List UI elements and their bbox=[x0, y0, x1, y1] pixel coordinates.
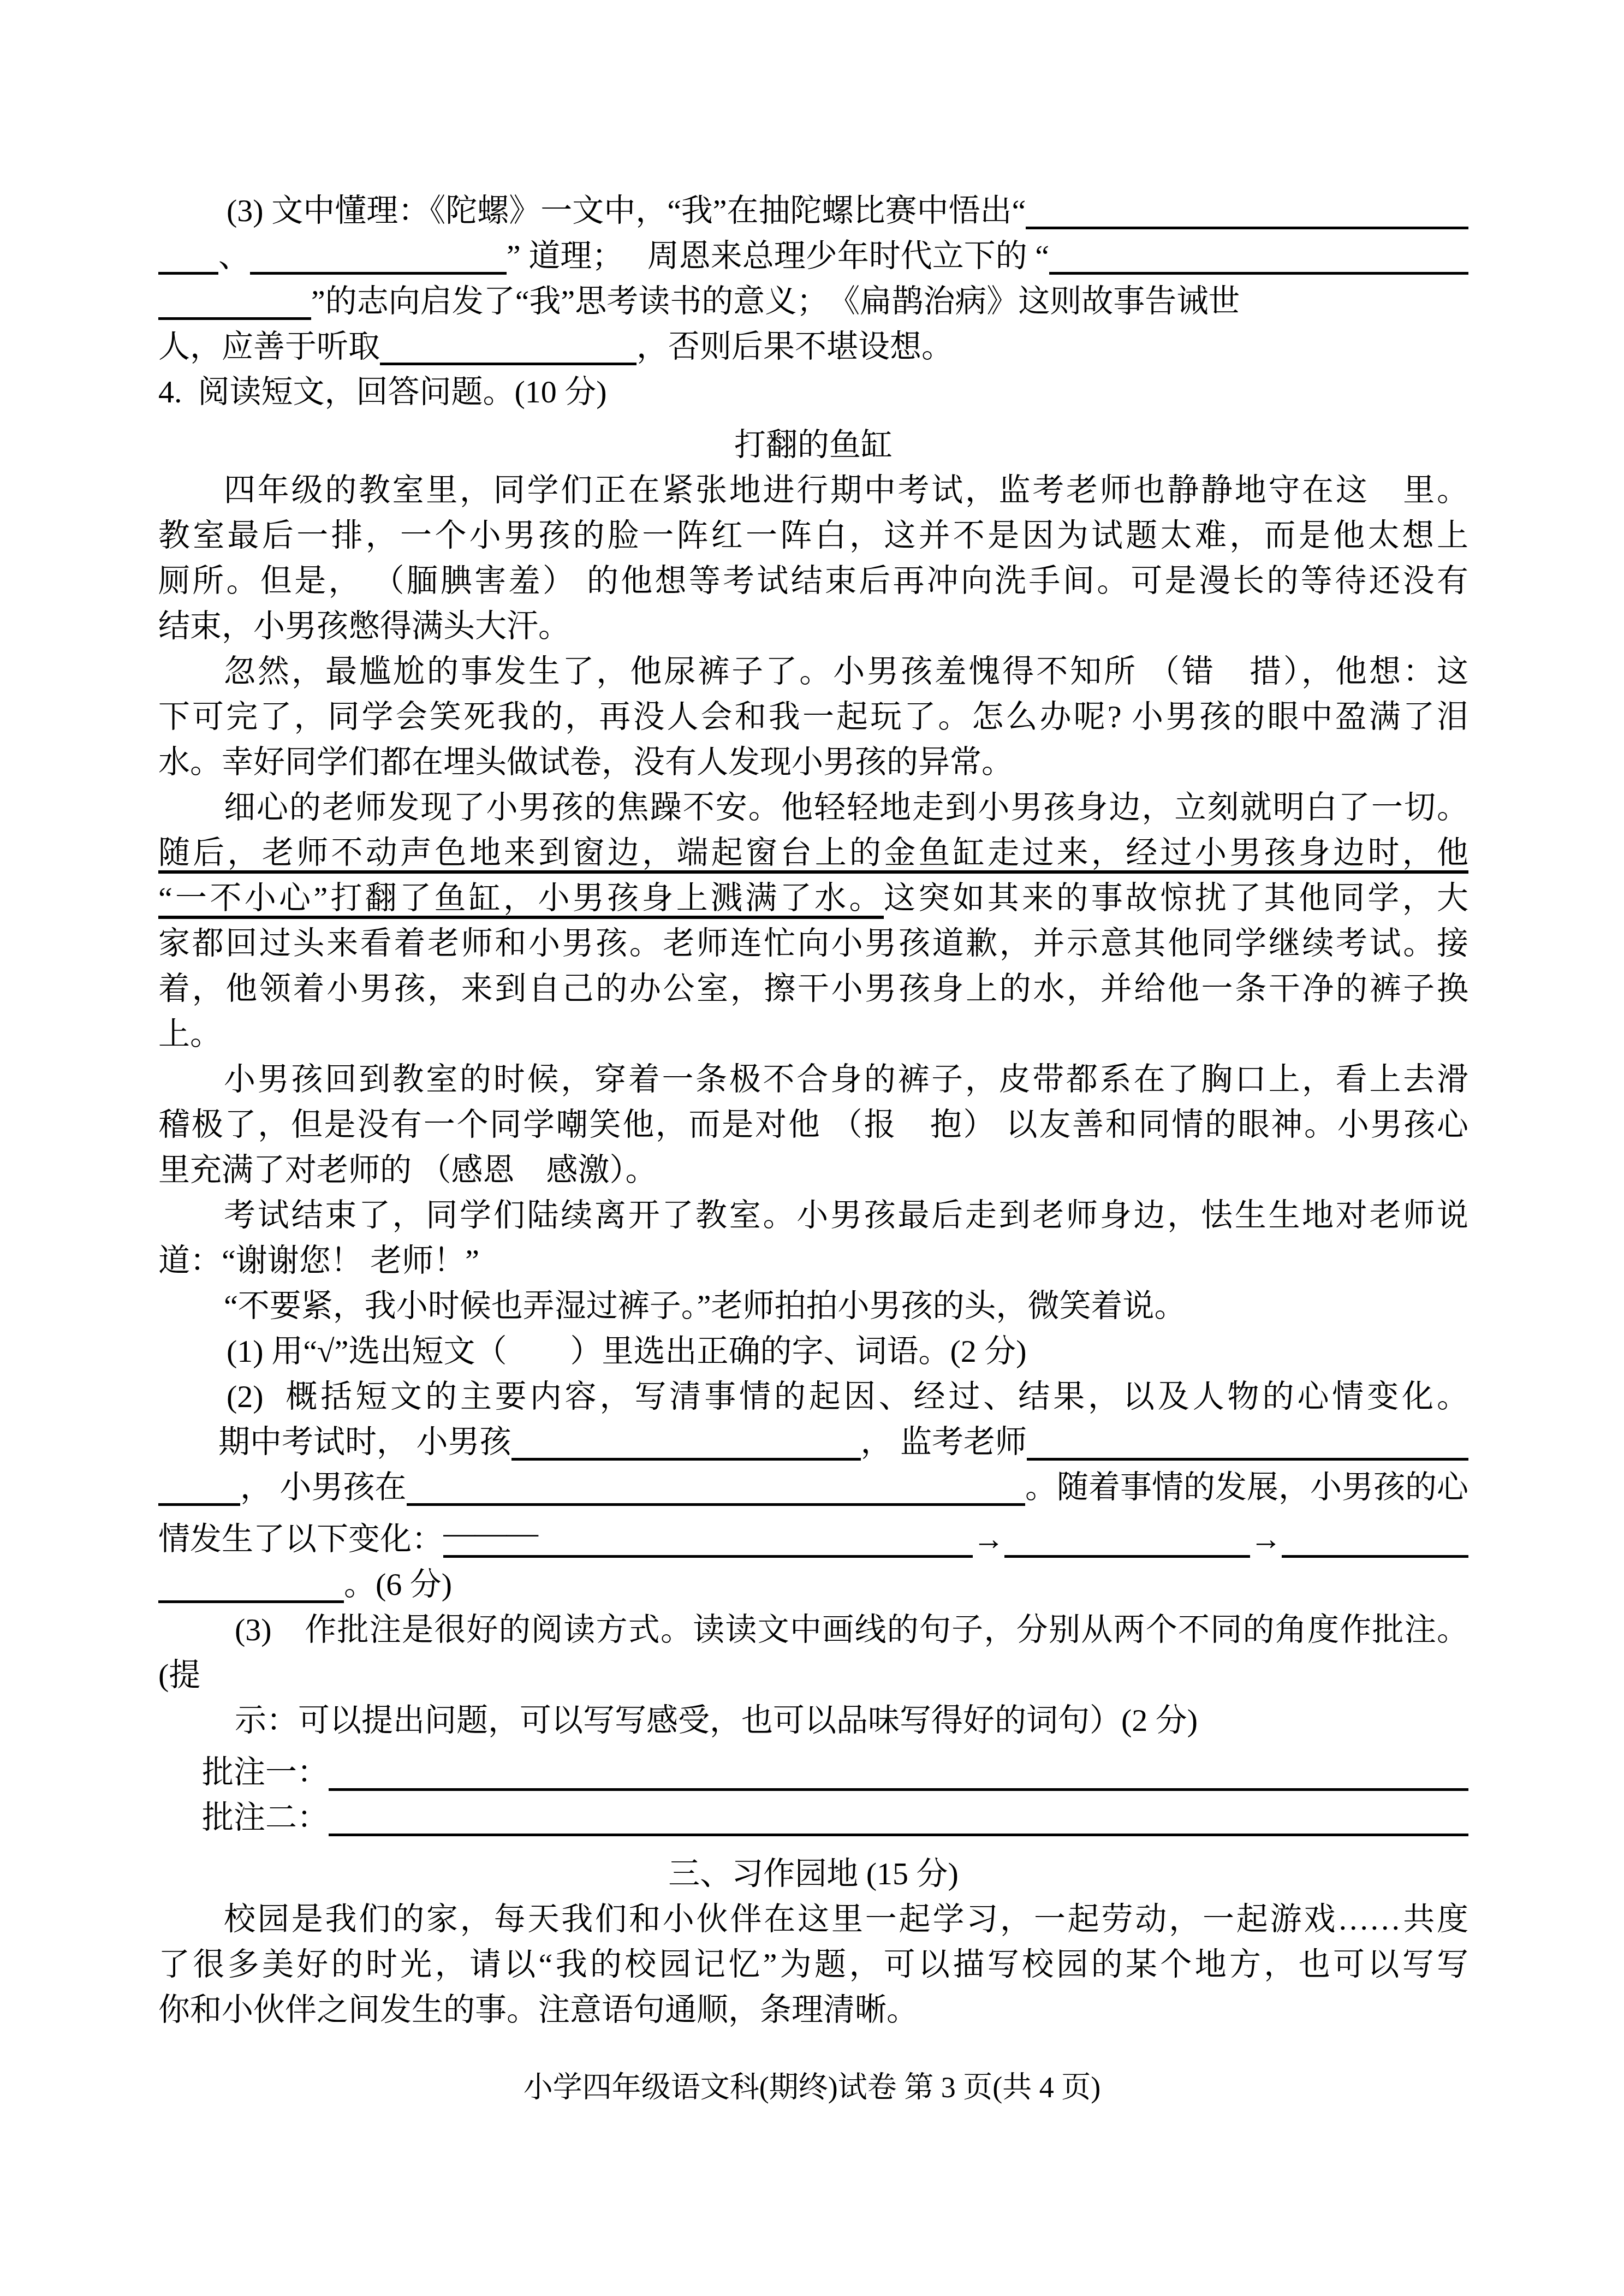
text-run: 四年级的教室里，同学们正在紧张地进行期中考试，监考老师也静静地守在这 里。 bbox=[224, 472, 1468, 508]
text-run: → bbox=[973, 1516, 1004, 1562]
essay-l1: 校园是我们的家，每天我们和小伙伴在这里一起学习，一起劳动，一起游戏……共度 bbox=[158, 1896, 1468, 1942]
text-run: 小男孩回到教室的时候，穿着一条极不合身的裤子，皮带都系在了胸口上，看上去滑 bbox=[224, 1061, 1468, 1097]
q3-line-2: 、” 道理； 周恩来总理少年时代立下的 “ bbox=[158, 233, 1468, 278]
text-run: (提 bbox=[158, 1657, 200, 1693]
answer-blank bbox=[329, 1788, 1468, 1791]
passage-p4-l2: 稽极了，但是没有一个同学嘲笑他，而是对他 （报 抱） 以友善和同情的眼神。小男孩… bbox=[158, 1102, 1468, 1147]
section-3-header: 三、习作园地 (15 分) bbox=[158, 1851, 1468, 1896]
q4-sub3-wrap: (提 bbox=[158, 1652, 1468, 1698]
text-run: (2) 概括短文的主要内容，写清事情的起因、经过、结果，以及人物的心情变化。 bbox=[227, 1379, 1468, 1414]
text-run: (3) 文中懂理：《陀螺》一文中，“我”在抽陀螺比赛中悟出“ bbox=[227, 188, 1026, 233]
document-lines: (3) 文中懂理：《陀螺》一文中，“我”在抽陀螺比赛中悟出“、” 道理； 周恩来… bbox=[0, 0, 1624, 2032]
note-line-2: 批注二： bbox=[158, 1795, 1468, 1840]
passage-p3-l1: 细心的老师发现了小男孩的焦躁不安。他轻轻地走到小男孩身边，立刻就明白了一切。 bbox=[158, 785, 1468, 830]
text-run: ， 监考老师 bbox=[861, 1419, 1027, 1464]
text-run: 水。幸好同学们都在埋头做试卷，没有人发现小男孩的异常。 bbox=[158, 744, 1013, 780]
text-run: 教室最后一排，一个小男孩的脸一阵红一阵白，这并不是因为试题太难，而是他太想上 bbox=[158, 518, 1468, 553]
text-run: 。(6 分) bbox=[344, 1562, 452, 1607]
passage-p5-l1: 考试结束了，同学们陆续离开了教室。小男孩最后走到老师身边，怯生生地对老师说 bbox=[158, 1193, 1468, 1238]
text-run: 批注二： bbox=[202, 1795, 329, 1840]
underlined-sentence: “一不小心”打翻了鱼缸，小男孩身上溅满了水。 bbox=[158, 880, 884, 919]
q4-prompt: 4. 阅读短文，回答问题。(10 分) bbox=[158, 369, 1468, 414]
answer-blank bbox=[407, 1503, 1025, 1506]
text-run: 情发生了以下变化： bbox=[158, 1516, 443, 1562]
passage-p3-l2-underlined: 随后，老师不动声色地来到窗边，端起窗台上的金鱼缸走过来，经过小男孩身边时，他 bbox=[158, 830, 1468, 875]
q4-sub2-fill-3: 情发生了以下变化：———→→ bbox=[158, 1510, 1468, 1562]
text-run: 了很多美好的时光，请以“我的校园记忆”为题，可以描写校园的某个地方，也可以写写 bbox=[158, 1947, 1468, 1982]
answer-blank bbox=[250, 272, 507, 275]
text-run: 。随着事情的发展，小男孩的心 bbox=[1025, 1464, 1468, 1510]
q3-line-1: (3) 文中懂理：《陀螺》一文中，“我”在抽陀螺比赛中悟出“ bbox=[158, 188, 1468, 233]
text-run: 稽极了，但是没有一个同学嘲笑他，而是对他 （报 抱） 以友善和同情的眼神。小男孩… bbox=[158, 1107, 1468, 1142]
q4-sub2-fill-4: 。(6 分) bbox=[158, 1562, 1468, 1607]
text-run: 着，他领着小男孩，来到自己的办公室，擦干小男孩身上的水，并给他一条干净的裤子换 bbox=[158, 971, 1468, 1006]
passage-p6: “不要紧，我小时候也弄湿过裤子。”老师拍拍小男孩的头，微笑着说。 bbox=[158, 1283, 1468, 1328]
text-run: 道：“谢谢您！ 老师！” bbox=[158, 1243, 479, 1278]
q4-sub2: (2) 概括短文的主要内容，写清事情的起因、经过、结果，以及人物的心情变化。 bbox=[158, 1374, 1468, 1419]
text-run: ， 小男孩在 bbox=[240, 1464, 407, 1510]
passage-p5-l2: 道：“谢谢您！ 老师！” bbox=[158, 1238, 1468, 1283]
answer-blank bbox=[1026, 227, 1468, 229]
text-run: 考试结束了，同学们陆续离开了教室。小男孩最后走到老师身边，怯生生地对老师说 bbox=[224, 1197, 1468, 1233]
text-run: 厕所。但是， （腼腆害羞） 的他想等考试结束后再冲向洗手间。可是漫长的等待还没有 bbox=[158, 563, 1468, 598]
answer-blank: ——— bbox=[443, 1510, 973, 1558]
answer-blank bbox=[1004, 1555, 1250, 1558]
answer-blank bbox=[158, 272, 218, 275]
underlined-sentence: 随后，老师不动声色地来到窗边，端起窗台上的金鱼缸走过来，经过小男孩身边时，他 bbox=[158, 835, 1468, 874]
text-run: 期中考试时， 小男孩 bbox=[218, 1419, 511, 1464]
text-run: 里充满了对老师的 （感恩 感激）。 bbox=[158, 1152, 657, 1188]
text-run: 细心的老师发现了小男孩的焦躁不安。他轻轻地走到小男孩身边，立刻就明白了一切。 bbox=[224, 790, 1468, 825]
text-run: 这突如其来的事故惊扰了其他同学，大 bbox=[884, 880, 1468, 916]
text-run: ”的志向启发了“我”思考读书的意义； 《扁鹊治病》这则故事告诫世 bbox=[311, 278, 1240, 324]
text-run: 下可完了，同学会笑死我的，再没人会和我一起玩了。怎么办呢? 小男孩的眼中盈满了泪 bbox=[158, 699, 1468, 734]
answer-blank bbox=[158, 1503, 240, 1506]
text-run: 人，应善于听取 bbox=[158, 324, 380, 369]
text-run: 打翻的鱼缸 bbox=[734, 427, 893, 462]
text-run: 三、习作园地 (15 分) bbox=[668, 1856, 959, 1891]
q4-sub2-fill-1: 期中考试时， 小男孩， 监考老师 bbox=[158, 1419, 1468, 1464]
answer-blank bbox=[158, 1600, 344, 1603]
passage-p1-l4: 结束，小男孩憋得满头大汗。 bbox=[158, 603, 1468, 649]
essay-l3: 你和小伙伴之间发生的事。注意语句通顺，条理清晰。 bbox=[158, 1987, 1468, 2032]
passage-p3-l3-part-underlined: “一不小心”打翻了鱼缸，小男孩身上溅满了水。这突如其来的事故惊扰了其他同学，大 bbox=[158, 875, 1468, 921]
text-run: 结束，小男孩憋得满头大汗。 bbox=[158, 608, 570, 644]
passage-p4-l1: 小男孩回到教室的时候，穿着一条极不合身的裤子，皮带都系在了胸口上，看上去滑 bbox=[158, 1057, 1468, 1102]
text-run: ，否则后果不堪设想。 bbox=[636, 324, 953, 369]
text-run: ” 道理； 周恩来总理少年时代立下的 “ bbox=[507, 233, 1049, 278]
answer-blank bbox=[1049, 272, 1468, 275]
q4-sub3: (3) 作批注是很好的阅读方式。读读文中画线的句子，分别从两个不同的角度作批注。 bbox=[158, 1607, 1468, 1652]
answer-blank bbox=[380, 363, 636, 365]
text-run: 、 bbox=[218, 233, 250, 278]
q3-line-4: 人，应善于听取，否则后果不堪设想。 bbox=[158, 324, 1468, 369]
text-run: 示：可以提出问题，可以写写感受，也可以品味写得好的词句）(2 分) bbox=[235, 1702, 1198, 1738]
text-run: → bbox=[1250, 1516, 1282, 1562]
passage-p3-l6: 上。 bbox=[158, 1011, 1468, 1057]
q4-sub3-hint: 示：可以提出问题，可以写写感受，也可以品味写得好的词句）(2 分) bbox=[158, 1698, 1468, 1743]
text-run: (3) 作批注是很好的阅读方式。读读文中画线的句子，分别从两个不同的角度作批注。 bbox=[235, 1612, 1468, 1647]
passage-p2-l3: 水。幸好同学们都在埋头做试卷，没有人发现小男孩的异常。 bbox=[158, 739, 1468, 785]
text-run: “不要紧，我小时候也弄湿过裤子。”老师拍拍小男孩的头，微笑着说。 bbox=[224, 1288, 1186, 1324]
passage-p3-l4: 家都回过头来看着老师和小男孩。老师连忙向小男孩道歉，并示意其他同学继续考试。接 bbox=[158, 921, 1468, 966]
text-run: 4. 阅读短文，回答问题。(10 分) bbox=[158, 374, 607, 410]
passage-p3-l5: 着，他领着小男孩，来到自己的办公室，擦干小男孩身上的水，并给他一条干净的裤子换 bbox=[158, 966, 1468, 1011]
passage-p1-l1: 四年级的教室里，同学们正在紧张地进行期中考试，监考老师也静静地守在这 里。 bbox=[158, 467, 1468, 513]
exam-page: (3) 文中懂理：《陀螺》一文中，“我”在抽陀螺比赛中悟出“、” 道理； 周恩来… bbox=[0, 0, 1624, 2296]
passage-p1-l2: 教室最后一排，一个小男孩的脸一阵红一阵白，这并不是因为试题太难，而是他太想上 bbox=[158, 513, 1468, 558]
note-line-1: 批注一： bbox=[158, 1749, 1468, 1795]
passage-p2-l2: 下可完了，同学会笑死我的，再没人会和我一起玩了。怎么办呢? 小男孩的眼中盈满了泪 bbox=[158, 694, 1468, 739]
q4-sub1: (1) 用“√”选出短文（ ）里选出正确的字、词语。(2 分) bbox=[158, 1328, 1468, 1374]
answer-blank bbox=[1282, 1555, 1468, 1558]
text-run: 批注一： bbox=[202, 1749, 329, 1795]
text-run: 忽然，最尴尬的事发生了，他尿裤子了。小男孩羞愧得不知所 （错 措），他想：这 bbox=[224, 654, 1468, 689]
q4-sub2-fill-2: ， 小男孩在。随着事情的发展，小男孩的心 bbox=[158, 1464, 1468, 1510]
text-run: 上。 bbox=[158, 1016, 222, 1052]
text-run: 家都回过头来看着老师和小男孩。老师连忙向小男孩道歉，并示意其他同学继续考试。接 bbox=[158, 925, 1468, 961]
answer-blank bbox=[511, 1458, 861, 1461]
text-run: 校园是我们的家，每天我们和小伙伴在这里一起学习，一起劳动，一起游戏……共度 bbox=[224, 1901, 1468, 1937]
answer-blank bbox=[1027, 1458, 1468, 1461]
passage-p4-l3: 里充满了对老师的 （感恩 感激）。 bbox=[158, 1147, 1468, 1193]
answer-blank bbox=[329, 1834, 1468, 1836]
q3-line-3: ”的志向启发了“我”思考读书的意义； 《扁鹊治病》这则故事告诫世 bbox=[158, 278, 1468, 324]
essay-l2: 了很多美好的时光，请以“我的校园记忆”为题，可以描写校园的某个地方，也可以写写 bbox=[158, 1942, 1468, 1987]
text-run: 你和小伙伴之间发生的事。注意语句通顺，条理清晰。 bbox=[158, 1992, 918, 2027]
passage-p2-l1: 忽然，最尴尬的事发生了，他尿裤子了。小男孩羞愧得不知所 （错 措），他想：这 bbox=[158, 649, 1468, 694]
answer-blank bbox=[158, 317, 311, 320]
text-run: (1) 用“√”选出短文（ ）里选出正确的字、词语。(2 分) bbox=[227, 1333, 1027, 1369]
passage-title: 打翻的鱼缸 bbox=[158, 422, 1468, 467]
passage-p1-l3: 厕所。但是， （腼腆害羞） 的他想等考试结束后再冲向洗手间。可是漫长的等待还没有 bbox=[158, 558, 1468, 603]
page-footer: 小学四年级语文科(期终)试卷 第 3 页(共 4 页) bbox=[0, 2064, 1624, 2106]
